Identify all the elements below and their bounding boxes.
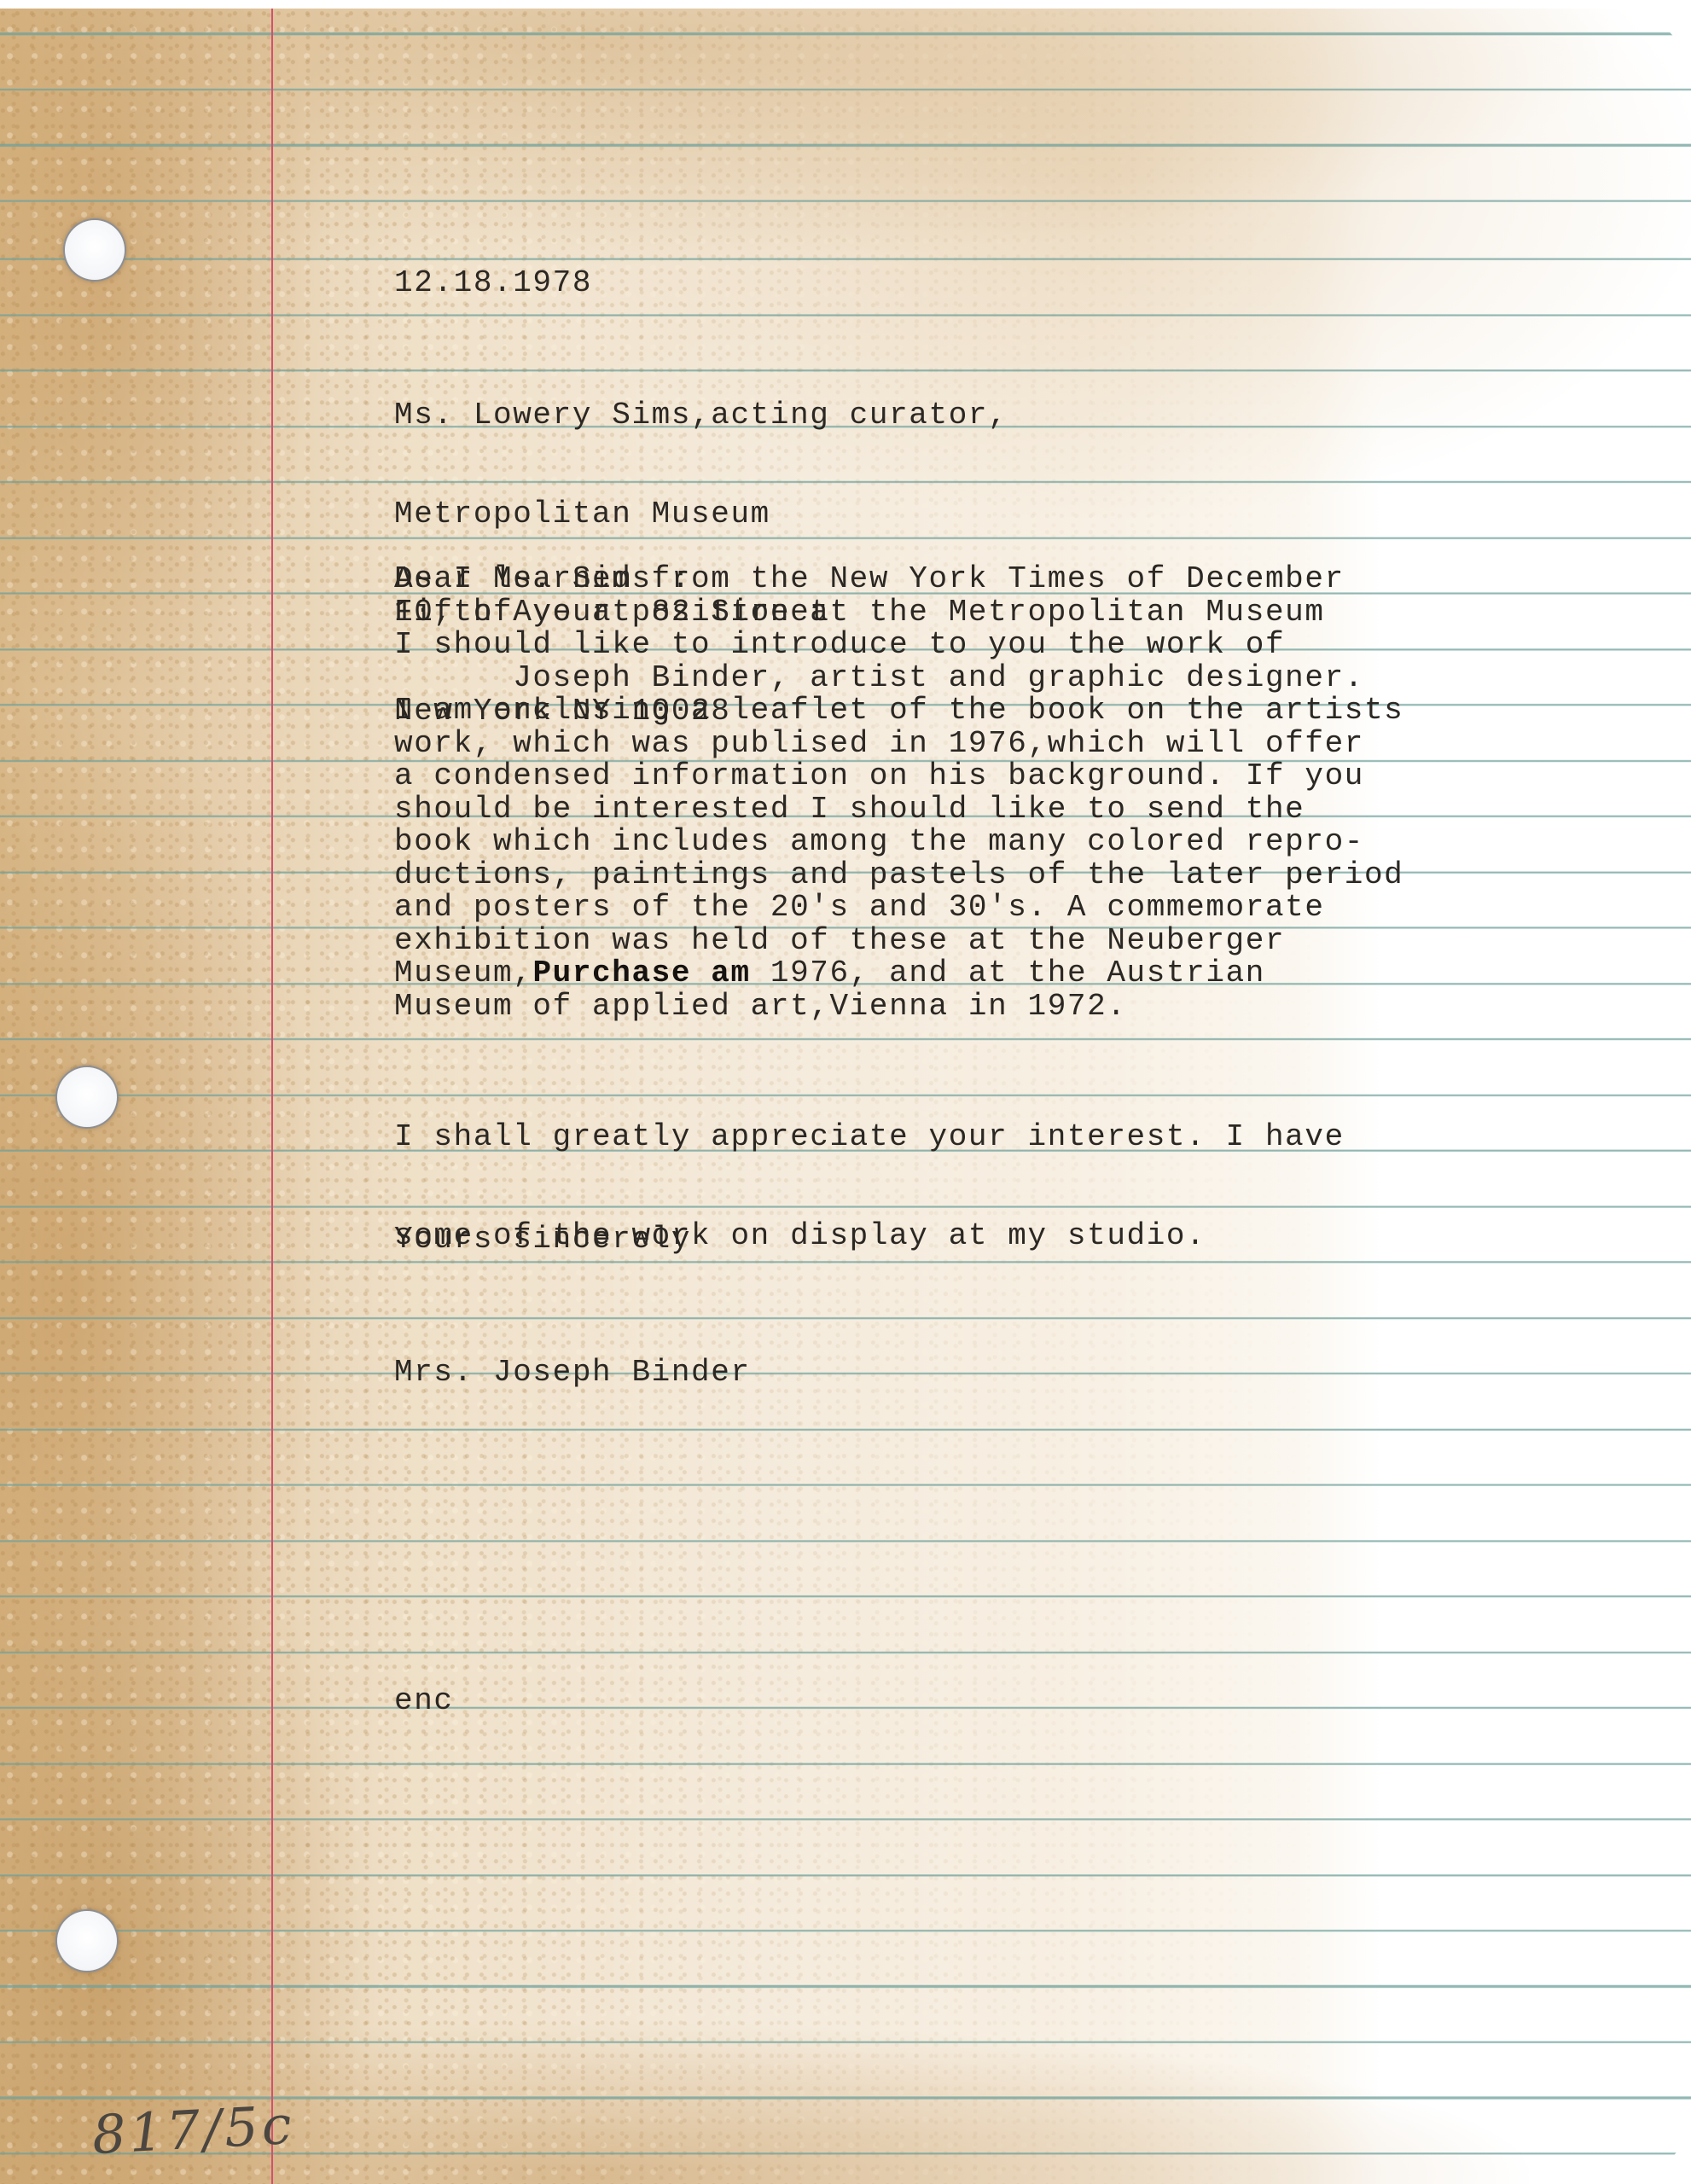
- body-line: I shall greatly appreciate your interest…: [394, 1121, 1345, 1154]
- body-line: Museum,Purchase am 1976, and at the Aust…: [394, 957, 1403, 990]
- punch-hole-middle: [57, 1067, 117, 1127]
- body-paragraph-1: As I learned from the New York Times of …: [394, 563, 1403, 1023]
- margin-line: [271, 9, 273, 2184]
- overtyped-text: Purchase am: [532, 955, 750, 990]
- body-line: should be interested I should like to se…: [394, 793, 1403, 827]
- handwritten-archive-number: 817/5c: [90, 2094, 296, 2166]
- punch-hole-top: [65, 220, 125, 280]
- body-line: I should like to introduce to you the wo…: [394, 629, 1403, 662]
- body-line: exhibition was held of these at the Neub…: [394, 925, 1403, 958]
- body-line: a condensed information on his backgroun…: [394, 760, 1403, 793]
- punch-hole-bottom: [57, 1911, 117, 1971]
- body-line: Joseph Binder, artist and graphic design…: [394, 662, 1403, 695]
- body-line: book which includes among the many color…: [394, 826, 1403, 859]
- enclosure-note: enc: [394, 1619, 454, 1751]
- address-line: Ms. Lowery Sims,acting curator,: [394, 399, 1008, 433]
- body-line: Museum of applied art,Vienna in 1972.: [394, 990, 1403, 1024]
- closing: Yours sincerely: [394, 1158, 691, 1289]
- letter-date: 12.18.1978: [394, 201, 592, 333]
- body-line: 10, of your position at the Metropolitan…: [394, 596, 1403, 630]
- body-line: ductions, paintings and pastels of the l…: [394, 859, 1403, 892]
- signature: Mrs. Joseph Binder: [394, 1291, 751, 1422]
- body-line: As I learned from the New York Times of …: [394, 563, 1403, 596]
- body-line: I am enclosing a leaflet of the book on …: [394, 694, 1403, 728]
- body-line: work, which was publised in 1976,which w…: [394, 728, 1403, 761]
- body-line: and posters of the 20's and 30's. A comm…: [394, 892, 1403, 925]
